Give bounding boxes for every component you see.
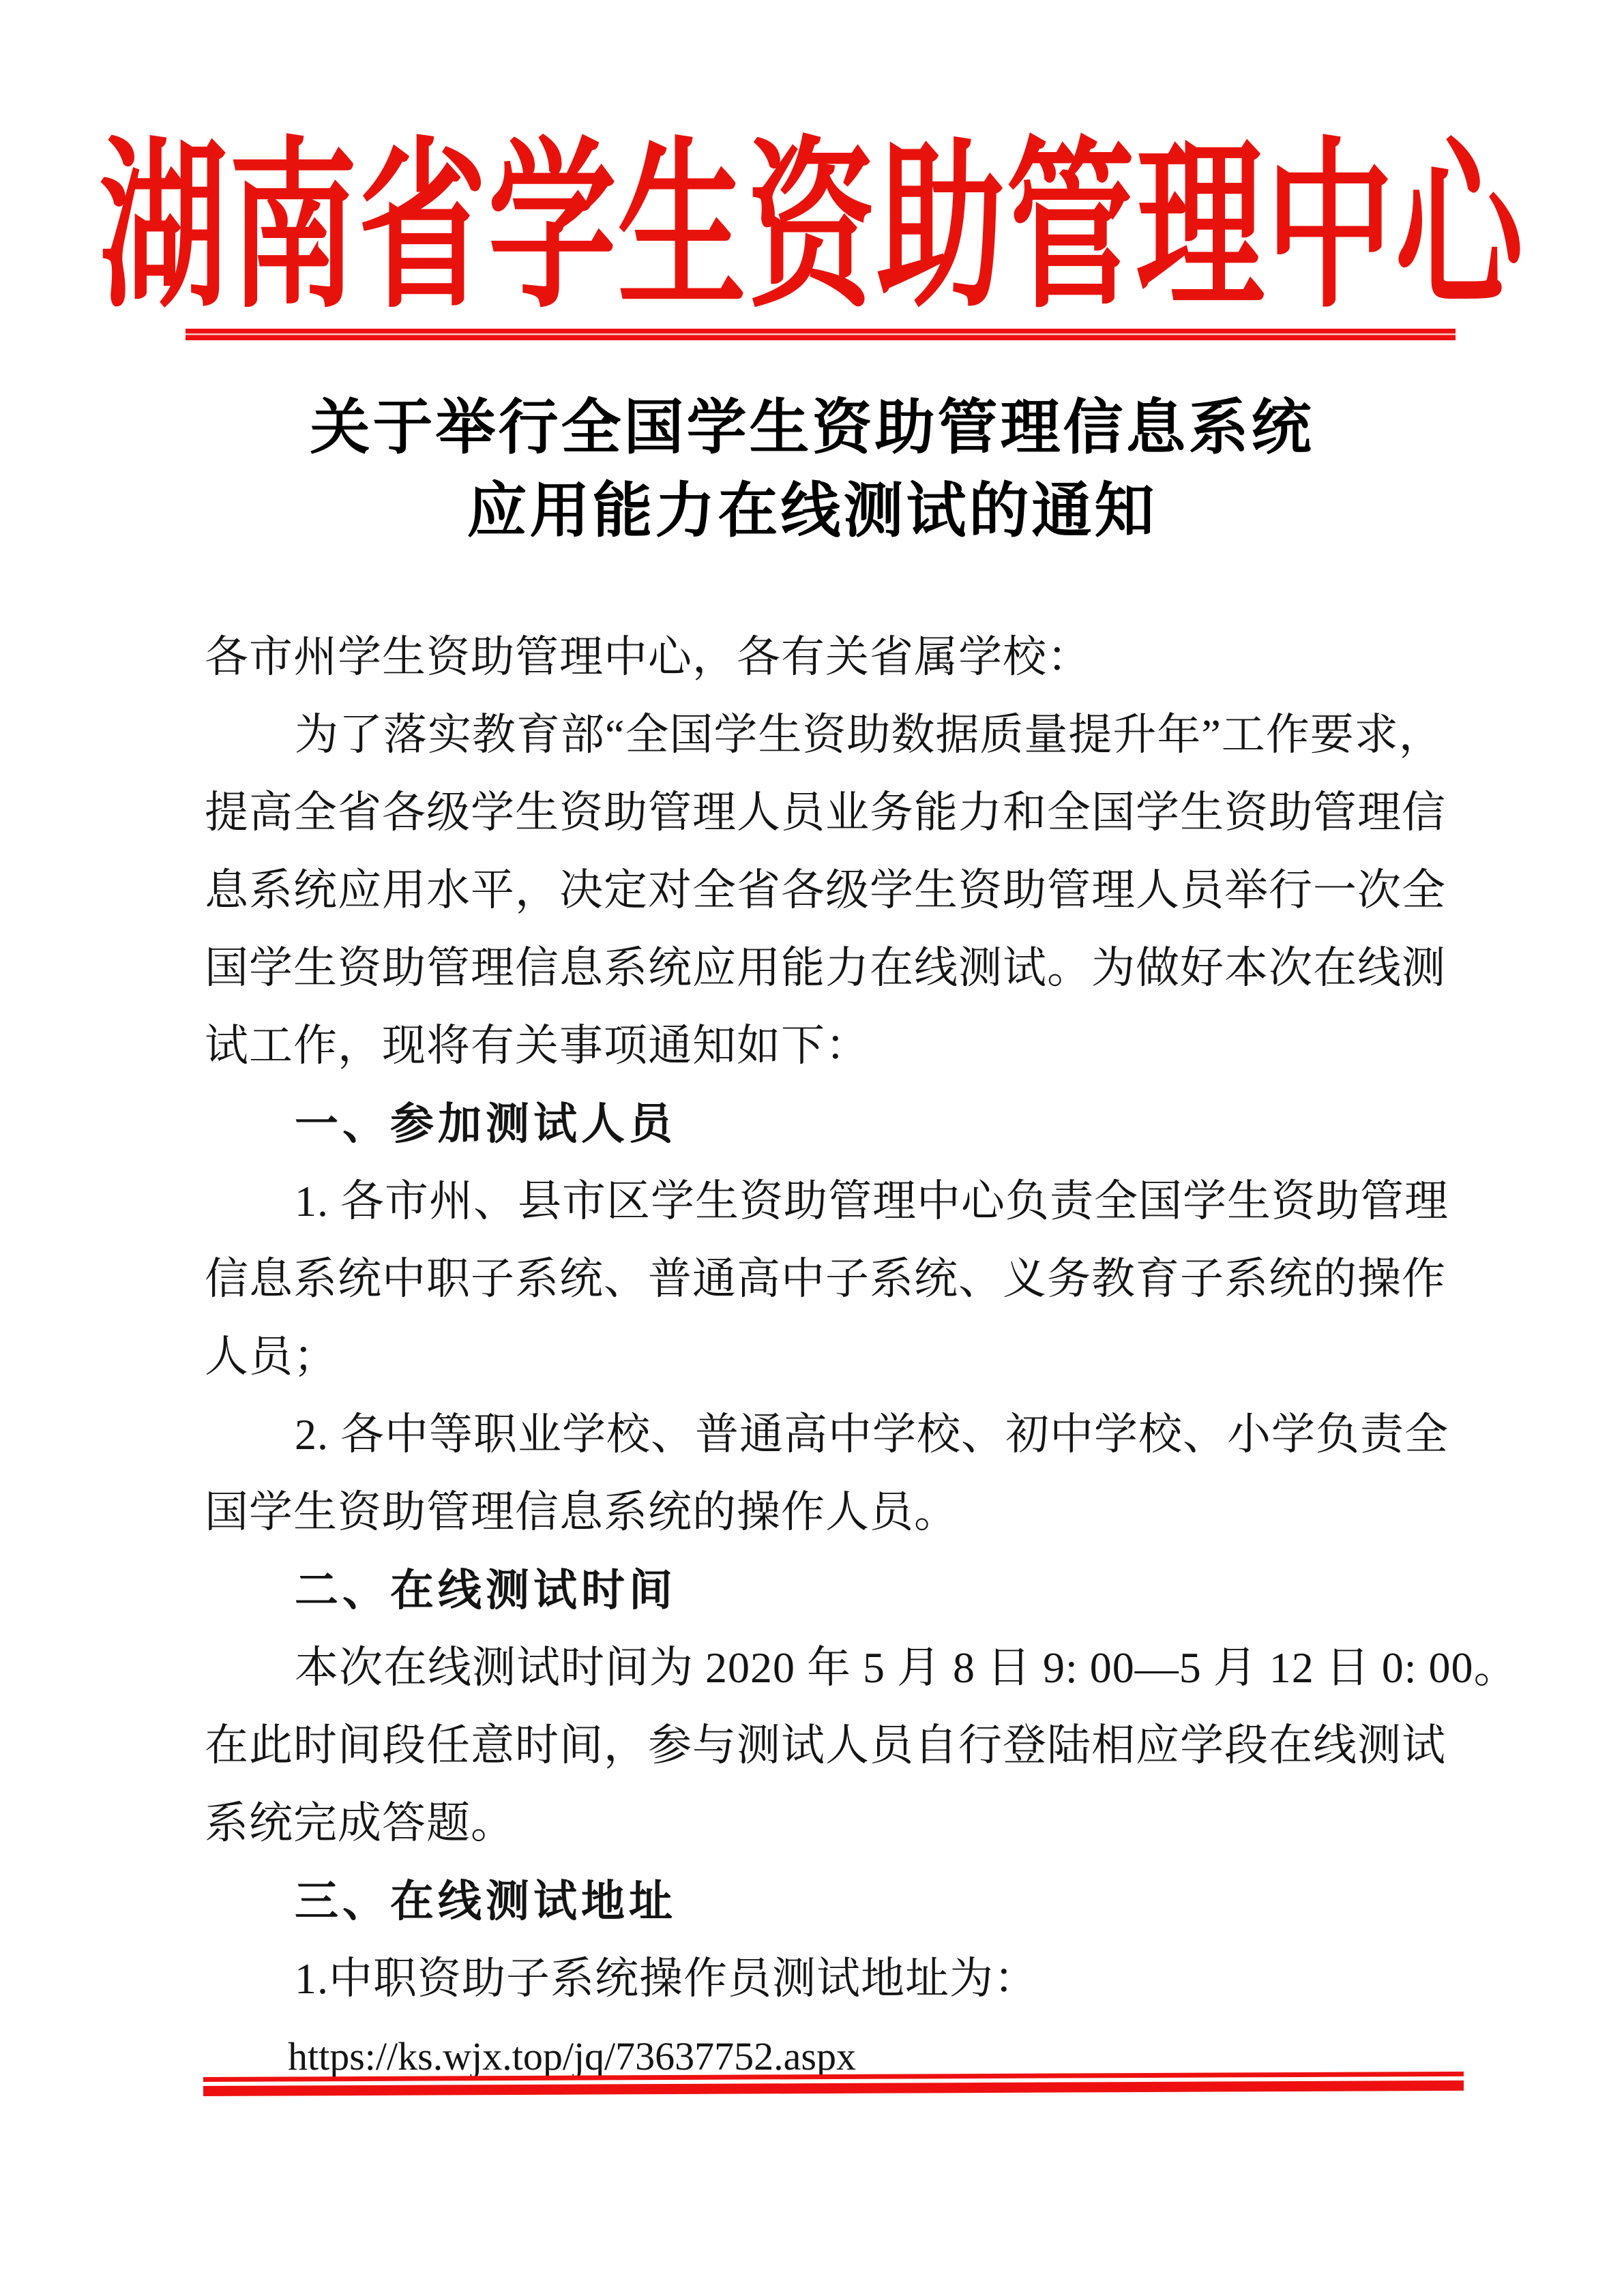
body-line-3: 提高全省各级学生资助管理人员业务能力和全国学生资助管理信 xyxy=(205,774,1447,852)
body-line-16: 系统完成答题。 xyxy=(205,1785,1447,1862)
scanned-notice-page: 湖南省学生资助管理中心 关于举行全国学生资助管理信息系统 应用能力在线测试的通知… xyxy=(0,0,1624,2296)
body-line-15: 在此时间段任意时间，参与测试人员自行登陆相应学段在线测试 xyxy=(205,1707,1447,1785)
body-line-1: 各市州学生资助管理中心，各有关省属学校： xyxy=(205,618,1447,696)
body-line-5: 国学生资助管理信息系统应用能力在线测试。为做好本次在线测 xyxy=(205,929,1447,1007)
letterhead-rule xyxy=(186,329,1456,340)
body-text: 各市州学生资助管理中心，各有关省属学校：为了落实教育部“全国学生资助数据质量提升… xyxy=(205,618,1447,2096)
body-line-2: 为了落实教育部“全国学生资助数据质量提升年”工作要求， xyxy=(205,696,1447,774)
body-line-12: 国学生资助管理信息系统的操作人员。 xyxy=(205,1474,1447,1551)
document-title: 关于举行全国学生资助管理信息系统 应用能力在线测试的通知 xyxy=(0,387,1624,554)
document-title-line-1: 关于举行全国学生资助管理信息系统 xyxy=(0,387,1624,471)
body-line-6: 试工作，现将有关事项通知如下： xyxy=(205,1007,1447,1085)
document-title-line-2: 应用能力在线测试的通知 xyxy=(0,471,1624,554)
body-line-14: 本次在线测试时间为 2020 年 5 月 8 日 9: 00—5 月 12 日 … xyxy=(205,1629,1447,1707)
body-line-18: 1.中职资助子系统操作员测试地址为： xyxy=(205,1940,1447,2018)
letterhead-org-name: 湖南省学生资助管理中心 xyxy=(0,80,1624,342)
body-line-7: 一、参加测试人员 xyxy=(205,1085,1447,1163)
body-line-17: 三、在线测试地址 xyxy=(205,1862,1447,1940)
body-line-11: 2. 各中等职业学校、普通高中学校、初中学校、小学负责全 xyxy=(205,1396,1447,1474)
body-line-10: 人员； xyxy=(205,1318,1447,1396)
body-line-13: 二、在线测试时间 xyxy=(205,1551,1447,1629)
body-line-8: 1. 各市州、县市区学生资助管理中心负责全国学生资助管理 xyxy=(205,1163,1447,1240)
body-line-4: 息系统应用水平，决定对全省各级学生资助管理人员举行一次全 xyxy=(205,852,1447,929)
body-line-9: 信息系统中职子系统、普通高中子系统、义务教育子系统的操作 xyxy=(205,1240,1447,1318)
